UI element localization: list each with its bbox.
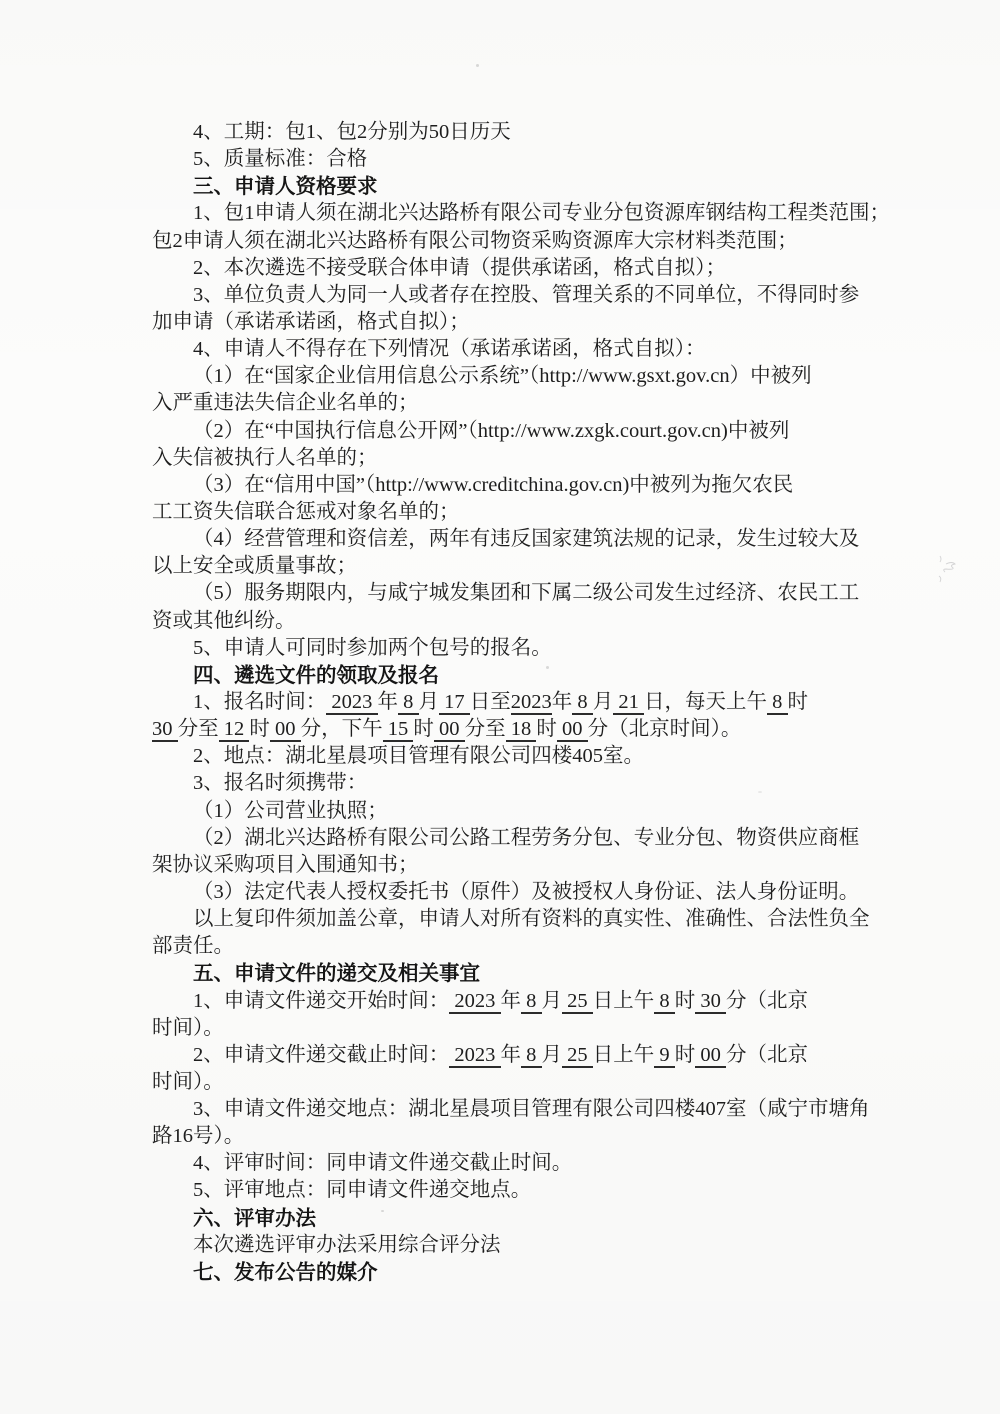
- text-line: （1）公司营业执照；: [152, 798, 882, 825]
- filled-blank: 00: [695, 1044, 726, 1068]
- text-run: 5、评审地点：同申请文件递交地点。: [193, 1179, 531, 1201]
- text-line: 2、地点：湖北星晨项目管理有限公司四楼405室。: [152, 743, 882, 770]
- scan-speck: [546, 666, 549, 669]
- filled-blank: 15: [383, 718, 414, 742]
- scan-speck: [476, 64, 479, 67]
- filled-blank: 2023: [449, 990, 500, 1014]
- filled-blank: 8: [767, 691, 788, 715]
- text-run: 2、申请文件递交截止时间：: [193, 1044, 449, 1066]
- text-line: 以上复印件须加盖公章，申请人对所有资料的真实性、准确性、合法性负全: [152, 906, 882, 933]
- text-run: 时: [675, 1044, 696, 1066]
- filled-blank: 00: [270, 718, 301, 742]
- text-run: 日上午: [593, 990, 655, 1012]
- text-line: 3、申请文件递交地点：湖北星晨项目管理有限公司四楼407室（咸宁市塘角: [152, 1096, 882, 1123]
- text-run: 分（北京: [726, 1044, 808, 1066]
- text-run: （2）湖北兴达路桥有限公司公路工程劳务分包、专业分包、物资供应商框: [193, 827, 859, 849]
- text-run: （2）在“中国执行信息公开网”（http://www.zxgk.court.go…: [193, 420, 789, 442]
- text-run: 月: [542, 990, 563, 1012]
- text-line: 资或其他纠纷。: [152, 608, 882, 635]
- text-line: （2）在“中国执行信息公开网”（http://www.zxgk.court.go…: [152, 418, 882, 445]
- text-run: 年: [552, 691, 573, 713]
- text-run: （4）经营管理和资信差，两年有违反国家建筑法规的记录，发生过较大及: [193, 528, 859, 550]
- text-run: 时: [413, 718, 434, 740]
- text-line: 4、评审时间：同申请文件递交截止时间。: [152, 1150, 882, 1177]
- text-line: 本次遴选评审办法采用综合评分法: [152, 1232, 882, 1259]
- text-line: 工工资失信联合惩戒对象名单的；: [152, 499, 882, 526]
- text-run: 日，每天上午: [644, 691, 767, 713]
- section-heading: 七、发布公告的媒介: [152, 1259, 882, 1286]
- text-line: 2、本次遴选不接受联合体申请（提供承诺函，格式自拟）；: [152, 255, 882, 282]
- text-line: 5、评审地点：同申请文件递交地点。: [152, 1177, 882, 1204]
- text-run: 5、质量标准：合格: [193, 148, 367, 170]
- section-heading: 五、申请文件的递交及相关事宜: [152, 960, 882, 987]
- text-line: 3、报名时须携带：: [152, 770, 882, 797]
- text-line: （4）经营管理和资信差，两年有违反国家建筑法规的记录，发生过较大及: [152, 526, 882, 553]
- text-run: 3、申请文件递交地点：湖北星晨项目管理有限公司四楼407室（咸宁市塘角: [193, 1098, 870, 1120]
- filled-blank: 00: [557, 718, 588, 742]
- filled-blank: 8: [572, 691, 593, 715]
- text-run: 年: [378, 691, 399, 713]
- filled-blank: 21: [613, 691, 644, 715]
- text-run: 工工资失信联合惩戒对象名单的；: [152, 501, 460, 523]
- text-run: 3、单位负责人为同一人或者存在控股、管理关系的不同单位，不得同时参: [193, 284, 859, 306]
- text-line: 时间）。: [152, 1015, 882, 1042]
- text-line: 以上安全或质量事故；: [152, 553, 882, 580]
- scan-speck: [758, 791, 762, 793]
- text-run: 月: [542, 1044, 563, 1066]
- text-run: 本次遴选评审办法采用综合评分法: [193, 1234, 501, 1256]
- text-run: 四、遴选文件的领取及报名: [193, 664, 439, 687]
- text-line: 5、申请人可同时参加两个包号的报名。: [152, 635, 882, 662]
- scan-speck: [381, 1210, 384, 1212]
- text-line: （3）在“信用中国”（http://www.creditchina.gov.cn…: [152, 472, 882, 499]
- filled-blank: 8: [521, 1044, 542, 1068]
- filled-blank: 12: [219, 718, 250, 742]
- text-run: （3）在“信用中国”（http://www.creditchina.gov.cn…: [193, 474, 793, 496]
- text-run: 资或其他纠纷。: [152, 610, 296, 632]
- text-run: 年: [501, 990, 522, 1012]
- text-run: 分至: [465, 718, 506, 740]
- text-line: 5、质量标准：合格: [152, 146, 882, 173]
- filled-blank: 00: [434, 718, 465, 742]
- text-run: （3）法定代表人授权委托书（原件）及被授权人身份证、法人身份证明。: [193, 881, 859, 903]
- text-run: 日上午: [593, 1044, 655, 1066]
- filled-blank: 2023: [326, 691, 377, 715]
- text-line: （2）湖北兴达路桥有限公司公路工程劳务分包、专业分包、物资供应商框: [152, 825, 882, 852]
- text-line: （3）法定代表人授权委托书（原件）及被授权人身份证、法人身份证明。: [152, 879, 882, 906]
- text-run: 月: [419, 691, 440, 713]
- text-run: 4、评审时间：同申请文件递交截止时间。: [193, 1152, 572, 1174]
- document-text-block: 4、工期：包1、包2分别为50日历天5、质量标准：合格三、申请人资格要求1、包1…: [152, 119, 882, 1286]
- text-line: 架协议采购项目入围通知书；: [152, 852, 882, 879]
- text-run: 分（北京: [726, 990, 808, 1012]
- filled-blank: 25: [562, 1044, 593, 1068]
- text-run: 时间）。: [152, 1071, 224, 1093]
- text-run: 入严重违法失信企业名单的；: [152, 392, 419, 414]
- text-line: 4、工期：包1、包2分别为50日历天: [152, 119, 882, 146]
- text-line: 2、申请文件递交截止时间： 2023 年 8 月 25 日上午 9 时 00 分…: [152, 1042, 882, 1069]
- text-run: （1）在“国家企业信用信息公示系统”（http://www.gsxt.gov.c…: [193, 365, 812, 387]
- text-run: 三、申请人资格要求: [193, 175, 378, 198]
- section-heading: 三、申请人资格要求: [152, 173, 882, 200]
- text-run: 4、工期：包1、包2分别为50日历天: [193, 121, 511, 143]
- text-run: 架协议采购项目入围通知书；: [152, 854, 419, 876]
- text-run: 分至: [178, 718, 219, 740]
- text-line: （1）在“国家企业信用信息公示系统”（http://www.gsxt.gov.c…: [152, 363, 882, 390]
- text-run: 以上复印件须加盖公章，申请人对所有资料的真实性、准确性、合法性负全: [193, 908, 870, 930]
- text-line: 时间）。: [152, 1069, 882, 1096]
- text-run: 2、本次遴选不接受联合体申请（提供承诺函，格式自拟）；: [193, 257, 726, 279]
- text-run: 时: [536, 718, 557, 740]
- text-run: 时: [788, 691, 809, 713]
- text-line: 1、包1申请人须在湖北兴达路桥有限公司专业分包资源库钢结构工程类范围；: [152, 200, 882, 227]
- text-line: （5）服务期限内，与咸宁城发集团和下属二级公司发生过经济、农民工工: [152, 580, 882, 607]
- section-heading: 四、遴选文件的领取及报名: [152, 662, 882, 689]
- text-run: 3、报名时须携带：: [193, 772, 367, 794]
- text-run: 日至: [470, 691, 511, 713]
- text-line: 部责任。: [152, 933, 882, 960]
- text-run: 年: [501, 1044, 522, 1066]
- filled-blank: 2023: [449, 1044, 500, 1068]
- text-run: 分（北京时间）。: [588, 718, 742, 740]
- filled-blank: 17: [439, 691, 470, 715]
- text-run: 分，下午: [301, 718, 383, 740]
- text-line: 30 分至 12 时 00 分，下午 15 时 00 分至 18 时 00 分（…: [152, 716, 882, 743]
- text-run: 五、申请文件的递交及相关事宜: [193, 962, 480, 985]
- text-run: 入失信被执行人名单的；: [152, 447, 378, 469]
- text-run: 路16号）。: [152, 1125, 244, 1147]
- section-heading: 六、评审办法: [152, 1205, 882, 1232]
- text-line: 入失信被执行人名单的；: [152, 445, 882, 472]
- text-run: 1、包1申请人须在湖北兴达路桥有限公司专业分包资源库钢结构工程类范围；: [193, 202, 890, 224]
- text-run: 六、评审办法: [193, 1207, 316, 1230]
- text-line: 路16号）。: [152, 1123, 882, 1150]
- text-run: 2、地点：湖北星晨项目管理有限公司四楼405室。: [193, 745, 644, 767]
- text-run: 包2申请人须在湖北兴达路桥有限公司物资采购资源库大宗材料类范围；: [152, 230, 798, 252]
- text-run: 4、申请人不得存在下列情况（承诺承诺函，格式自拟）：: [193, 338, 706, 360]
- filled-blank: 8: [654, 990, 675, 1014]
- text-run: 时: [675, 990, 696, 1012]
- filled-blank: 8: [521, 990, 542, 1014]
- filled-blank: 25: [562, 990, 593, 1014]
- filled-blank: 8: [398, 691, 419, 715]
- text-run: 1、申请文件递交开始时间：: [193, 990, 449, 1012]
- text-run: 5、申请人可同时参加两个包号的报名。: [193, 637, 552, 659]
- text-line: 包2申请人须在湖北兴达路桥有限公司物资采购资源库大宗材料类范围；: [152, 228, 882, 255]
- text-run: 时: [249, 718, 270, 740]
- text-run: （1）公司营业执照；: [193, 800, 388, 822]
- text-run: 月: [593, 691, 614, 713]
- scanned-document-page: 4、工期：包1、包2分别为50日历天5、质量标准：合格三、申请人资格要求1、包1…: [0, 0, 1000, 1414]
- text-run: 1、报名时间：: [193, 691, 326, 713]
- text-run: 时间）。: [152, 1017, 224, 1039]
- text-line: 4、申请人不得存在下列情况（承诺承诺函，格式自拟）：: [152, 336, 882, 363]
- text-run: 加申请（承诺承诺函，格式自拟）；: [152, 311, 470, 333]
- text-run: 部责任。: [152, 935, 234, 957]
- text-line: 1、报名时间： 2023 年 8 月 17 日至2023年 8 月 21 日，每…: [152, 689, 882, 716]
- filled-blank: 30: [695, 990, 726, 1014]
- scan-smudge: [928, 552, 962, 586]
- text-run: 七、发布公告的媒介: [193, 1261, 378, 1284]
- text-run: （5）服务期限内，与咸宁城发集团和下属二级公司发生过经济、农民工工: [193, 582, 859, 604]
- text-line: 1、申请文件递交开始时间： 2023 年 8 月 25 日上午 8 时 30 分…: [152, 988, 882, 1015]
- text-line: 入严重违法失信企业名单的；: [152, 390, 882, 417]
- text-run: 以上安全或质量事故；: [152, 555, 357, 577]
- text-line: 加申请（承诺承诺函，格式自拟）；: [152, 309, 882, 336]
- filled-blank: 2023: [511, 691, 552, 715]
- filled-blank: 9: [654, 1044, 675, 1068]
- text-line: 3、单位负责人为同一人或者存在控股、管理关系的不同单位，不得同时参: [152, 282, 882, 309]
- filled-blank: 30: [152, 718, 178, 742]
- filled-blank: 18: [506, 718, 537, 742]
